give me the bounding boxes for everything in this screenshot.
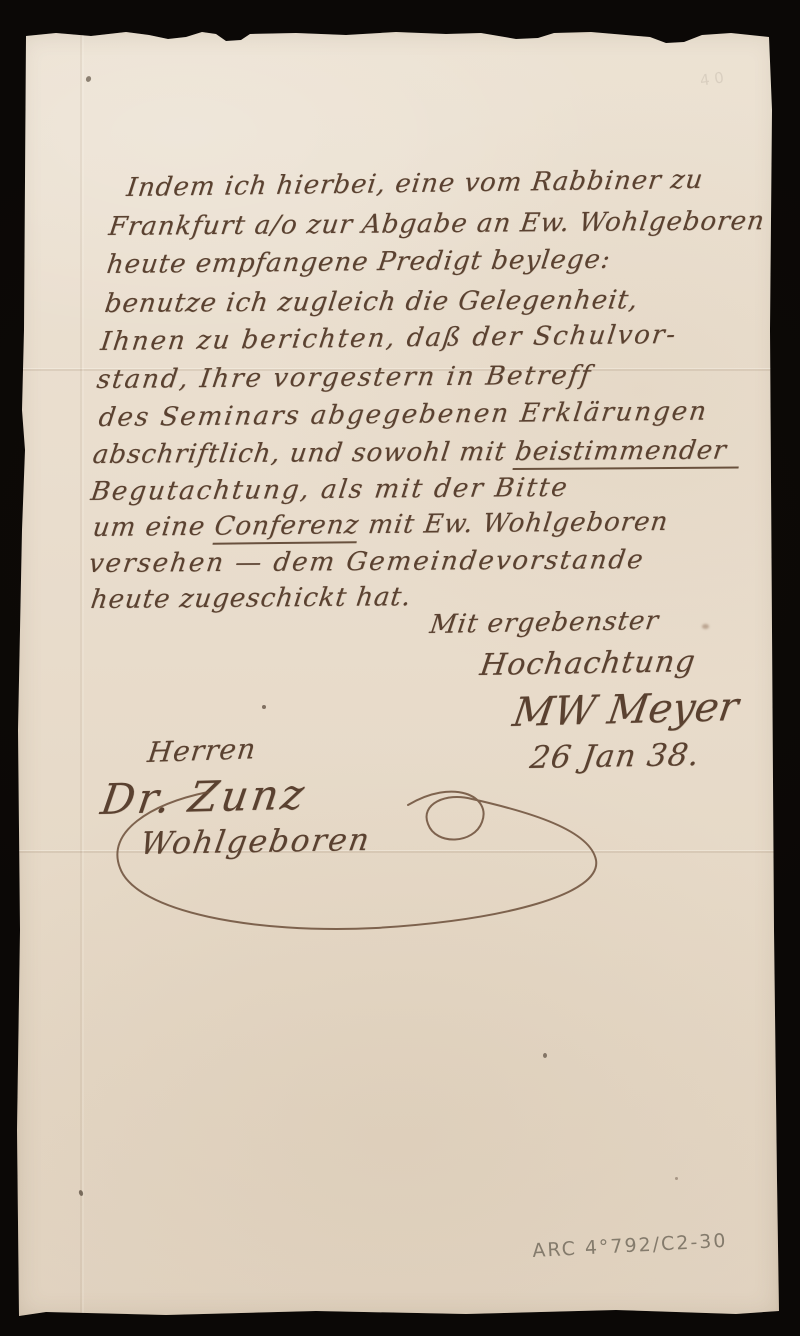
closing-line-1: Mit ergebenster [428,608,661,639]
photo-backdrop: { "palette": { "backdrop": "#0b0806", "p… [0,0,800,1336]
body-line: Frankfurt a/o zur Abgabe an Ew. Wohlgebo… [107,208,766,241]
ink-speck [85,75,92,83]
body-line: um eine Conferenz mit Ew. Wohlgeboren [91,509,670,542]
faint-pencil-mark: 4 0 [699,68,725,89]
body-line: heute zugeschickt hat. [89,584,413,614]
ink-speck [543,1053,547,1058]
body-line: abschriftlich, und sowohl mit beistimmen… [91,437,742,469]
archive-reference-pencil: ARC 4°792/C2-30 [532,1230,728,1262]
body-line: Begutachtung, als mit der Bitte [89,475,570,506]
ink-smudge [702,624,709,629]
letter-page: Indem ich hierbei, eine vom Rabbiner zu … [16,30,780,1318]
body-line: heute empfangene Predigt beylege: [105,247,612,280]
ink-speck [262,705,266,709]
body-line-text: um eine [91,512,217,543]
body-line: stand, Ihre vorgestern in Betreff [95,363,594,395]
body-line: des Seminars abgegebenen Erklärungen [97,399,710,433]
body-line: versehen — dem Gemeindevorstande [87,547,646,578]
underlined-word: beistimmender [513,435,743,470]
body-line: Indem ich hierbei, eine vom Rabbiner zu [125,167,705,202]
body-line: Ihnen zu berichten, daß der Schulvor- [99,322,679,356]
underlined-word: Conferenz [212,510,361,545]
closing-line-2: Hochachtung [478,646,698,681]
body-line-text: mit Ew. Wohlgeboren [357,507,670,540]
fold-crease-left-vertical [80,30,84,1318]
body-line-text: abschriftlich, und sowohl mit [91,437,517,470]
ink-speck [675,1177,678,1180]
body-line: benutze ich zugleich die Gelegenheit, [103,287,640,318]
signature-flourish [78,720,638,960]
